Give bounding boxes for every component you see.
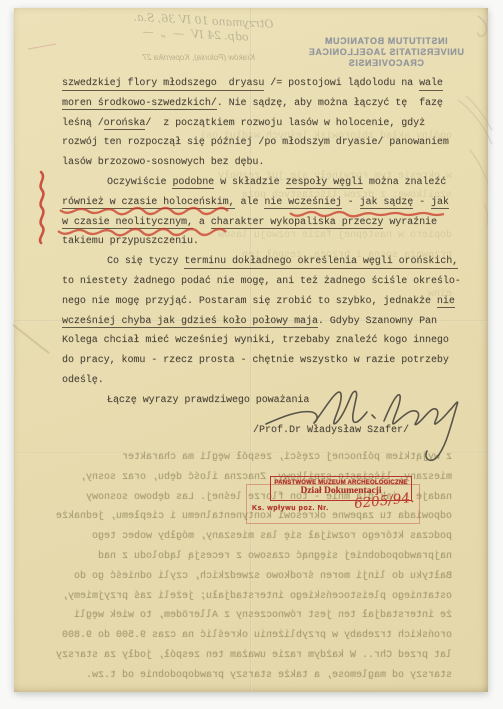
museum-stamp: PAŃSTWOWE MUZEUM ARCHEOLOGICZNE Dział Do… xyxy=(246,476,422,522)
letter-line: Co się tyczy terminu dokładnego określen… xyxy=(62,252,464,272)
bleedthrough-line: podczas którego rozwijał się las mieszan… xyxy=(54,527,452,547)
letter-text-segment: lasów brzozowo-sosnowych bez dębu. xyxy=(62,157,264,168)
letter-text-segment: rozwój ten rozpoczął się później /po mło… xyxy=(62,137,449,148)
letterhead-line: INSTITUTUM BOTANICUM xyxy=(290,36,482,47)
letter-line: Kolega chciał mieć wcześniej wyniki, trz… xyxy=(62,331,464,351)
stamp-register-label: Ks. wpływu poz. Nr. xyxy=(252,505,329,512)
letterhead-line: CRACOVIENSIS xyxy=(290,58,482,69)
bleedthrough-line: że interstadjał ten jest równoczesny z A… xyxy=(54,606,452,626)
letter-line: Łączę wyrazy prawdziwego poważania xyxy=(62,391,464,411)
bleedthrough-line: ostatniego pleistoceńskiego interstadjał… xyxy=(54,587,452,607)
letter-text-segment: - xyxy=(342,197,360,208)
letter-text-segment: jak sądzę xyxy=(360,197,414,210)
letter-text-segment: ale xyxy=(235,197,265,208)
letter-line: nego nie mogę przyjąć. Postaram się zrob… xyxy=(62,292,464,312)
letter-line: leśną /orońska/ z początkiem rozwoju las… xyxy=(62,114,464,134)
letter-text-segment: podobne xyxy=(172,177,214,190)
letter-text-segment: orońska xyxy=(104,118,146,131)
bleedthrough-line: najprawdopodobniej sięgnąć czasowo z rec… xyxy=(54,547,452,567)
letter-line: lasów brzozowo-sosnowych bez dębu. xyxy=(62,153,464,173)
typed-signature-name: /Prof.Dr Władysław Szafer/ xyxy=(253,425,409,436)
letter-text-segment: terminu dokładnego określenia węgli oroń… xyxy=(184,256,458,269)
corner-crease xyxy=(12,324,49,354)
letter-body: szwedzkiej flory młodszego dryasu /= pos… xyxy=(62,74,464,411)
letter-line: rozwój ten rozpoczął się później /po mło… xyxy=(62,133,464,153)
letter-line: w czasie neolitycznym, a charakter wykop… xyxy=(62,213,464,233)
letter-line: również w czasie holoceńskim, ale nie wc… xyxy=(62,193,464,213)
letterhead-bleedthrough-mirrored: INSTITUTUM BOTANICUM UNIVERSITATIS JAGEL… xyxy=(290,36,482,69)
letter-text-segment: leśną / xyxy=(62,118,104,129)
letter-line: Oczywiście podobne w składzie zespoły wę… xyxy=(62,173,464,193)
letter-text-segment: wcześniej chyba jak gdzieś koło połowy m… xyxy=(62,316,318,329)
letter-text-segment: można znaleźć xyxy=(363,177,446,188)
letter-text-segment: w składzie xyxy=(214,177,285,188)
letter-text-segment: . Nie sądzę, aby można łączyć tę fazę xyxy=(217,98,443,109)
stamp-institution-line: PAŃSTWOWE MUZEUM ARCHEOLOGICZNE xyxy=(274,479,408,486)
letter-text-segment: wale xyxy=(419,78,443,91)
letter-text-segment: Kolega chciał mieć wcześniej wyniki, trz… xyxy=(62,335,449,346)
letter-text-segment: jak xyxy=(431,197,449,210)
letter-text-segment: Oczywiście xyxy=(107,177,172,188)
letter-line: szwedzkiej flory młodszego dryasu /= pos… xyxy=(62,74,464,94)
letter-text-segment: to niestety żadnego podać nie mogę, ani … xyxy=(62,276,461,287)
received-pencil-note-mirrored: Otrzymano 10 IV 36, S.a.odp. 24 IV — „ — xyxy=(87,8,273,46)
bleedthrough-line: Bałtyku do linji moren środkowo szwedzki… xyxy=(54,567,452,587)
horizontal-fold-crease xyxy=(14,452,488,454)
letter-text-segment: takiemu przypuszczeniu. xyxy=(62,236,199,247)
letter-text-segment: a xyxy=(193,217,211,228)
letter-text-segment: również w czasie holoceńskim, xyxy=(62,197,235,210)
bleedthrough-line: z wyjątkiem północnej części, zespół węg… xyxy=(54,448,452,468)
letter-text-segment: Co się tyczy xyxy=(107,256,184,267)
letter-line: wcześniej chyba jak gdzieś koło połowy m… xyxy=(62,312,464,332)
letter-text-segment: . Gdyby Szanowny Pan xyxy=(318,316,437,327)
letter-line: odeślę. xyxy=(62,371,464,391)
letter-text-segment: - xyxy=(413,197,431,208)
bleedthrough-line: starszy od maglemose, a także starszy pr… xyxy=(54,666,452,686)
letter-text-segment: w czasie neolitycznym, xyxy=(62,217,193,230)
bleedthrough-line: orońskich trzebaby w przybliżeniu określ… xyxy=(54,626,452,646)
letter-text-segment: wyraźnie xyxy=(383,217,437,228)
letter-text-segment: charakter wykopaliska przeczy xyxy=(211,217,384,230)
bleedthrough-line: lat przed Chr.. W każdym razie uważam te… xyxy=(54,646,452,666)
letter-text-segment: Łączę wyrazy prawdziwego poważania xyxy=(107,395,309,406)
letter-text-segment: do pracy, komu - rzecz prosta - chętnie … xyxy=(62,355,449,366)
letter-page: Otrzymano 10 IV 36, S.a.odp. 24 IV — „ —… xyxy=(14,8,488,692)
letter-text-segment: / z początkiem rozwoju lasów w holocenie… xyxy=(145,118,425,129)
letter-line: do pracy, komu - rzecz prosta - chętnie … xyxy=(62,351,464,371)
letter-text-segment: nie wcześniej xyxy=(264,197,341,210)
letterhead-line: UNIVERSITATIS JAGELLONICAE xyxy=(290,47,482,58)
letter-text-segment: nego nie mogę przyjąć. Postaram się zrob… xyxy=(62,296,437,307)
letter-line: to niestety żadnego podać nie mogę, ani … xyxy=(62,272,464,292)
letter-text-segment: moren środkowo-szwedzkich/ xyxy=(62,98,217,111)
address-bleedthrough-mirrored: Kraków (Polonia), Kopernika 27 xyxy=(105,53,255,62)
letter-text-segment: /= postojowi lądolodu na xyxy=(264,78,419,89)
letter-text-segment: zespoły węgli xyxy=(286,177,363,190)
letter-line: takiemu przypuszczeniu. xyxy=(62,232,464,252)
letter-line: moren środkowo-szwedzkich/. Nie sądzę, a… xyxy=(62,94,464,114)
letter-text-segment: nie xyxy=(437,296,455,309)
letter-text-segment: szwedzkiej flory młodszego dryasu xyxy=(62,78,264,91)
letter-text-segment: odeślę. xyxy=(62,375,104,386)
